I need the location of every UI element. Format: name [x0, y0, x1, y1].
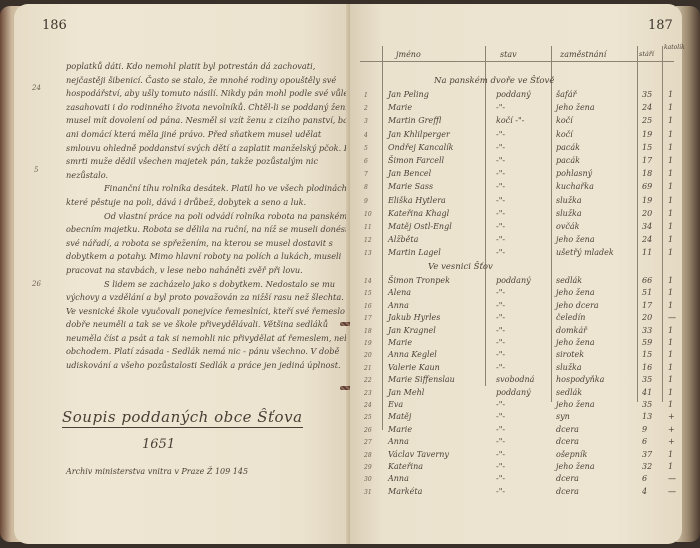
row-number: 2: [364, 105, 368, 112]
margin-number: 26: [32, 280, 41, 288]
row-number: 23: [364, 390, 372, 397]
social-status: -"-: [496, 182, 505, 191]
social-status: -"-: [496, 326, 505, 335]
row-number: 13: [364, 250, 372, 257]
table-row: 18 Jan Kragnel -"- domkář 33 1: [358, 326, 676, 339]
age: 69: [642, 182, 652, 191]
row-number: 15: [364, 290, 372, 297]
catholic-mark: 1: [668, 338, 673, 347]
row-number: 5: [364, 145, 368, 152]
person-name: Jakub Hyrles: [388, 313, 440, 322]
table-row: 24 Eva -"- jeho žena 35 1: [358, 400, 676, 413]
catholic-mark: +: [668, 437, 675, 446]
person-name: Valerie Kaun: [388, 363, 440, 372]
catholic-mark: 1: [668, 301, 673, 310]
age: 34: [642, 222, 652, 231]
table-row: 9 Eliška Hytlera -"- služka 19 1: [358, 196, 676, 209]
row-number: 1: [364, 92, 368, 99]
age: 20: [642, 209, 652, 218]
social-status: -"-: [496, 450, 505, 459]
catholic-mark: 1: [668, 400, 673, 409]
social-status: -"-: [496, 425, 505, 434]
row-number: 20: [364, 352, 372, 359]
paragraph: Od vlastní práce na poli odvádí rolníka …: [66, 210, 356, 278]
paragraph: Finanční tíhu rolníka desátek. Platil ho…: [66, 182, 356, 209]
table-row: 28 Václav Taverny -"- ošepník 37 1: [358, 450, 676, 463]
occupation: služka: [556, 363, 582, 372]
social-status: -"-: [496, 209, 505, 218]
occupation: ušetřý mladek: [556, 248, 614, 257]
social-status: svobodná: [496, 375, 534, 384]
row-number: 4: [364, 132, 368, 139]
person-name: Jan Khlilperger: [388, 130, 450, 139]
occupation: dcera: [556, 487, 579, 496]
occupation: pohlasný: [556, 169, 592, 178]
table-row: 23 Jan Mehl poddaný sedlák 41 1: [358, 388, 676, 401]
age: 15: [642, 350, 652, 359]
occupation: kočí: [556, 130, 573, 139]
row-number: 29: [364, 464, 372, 471]
catholic-mark: 1: [668, 169, 673, 178]
row-number: 18: [364, 328, 372, 335]
narrative-text: poplatků dáti. Kdo nemohl platit byl pot…: [66, 60, 356, 373]
table-row: 16 Anna -"- jeho dcera 17 1: [358, 301, 676, 314]
catholic-mark: 1: [668, 222, 673, 231]
social-status: -"-: [496, 301, 505, 310]
social-status: poddaný: [496, 388, 531, 397]
catholic-mark: 1: [668, 462, 673, 471]
catholic-mark: 1: [668, 90, 673, 99]
table-row: 2 Marie -"- jeho žena 24 1: [358, 103, 676, 116]
occupation: ošepník: [556, 450, 587, 459]
table-row: 4 Jan Khlilperger -"- kočí 19 1: [358, 130, 676, 143]
row-number: 21: [364, 365, 372, 372]
occupation: dcera: [556, 474, 579, 483]
row-number: 19: [364, 340, 372, 347]
table-row: 14 Šimon Tronpek poddaný sedlák 66 1: [358, 276, 676, 289]
age: 66: [642, 276, 652, 285]
person-name: Matěj Ostl-Engl: [388, 222, 452, 231]
person-name: Anna: [388, 474, 409, 483]
table-row: 29 Kateřina -"- jeho žena 32 1: [358, 462, 676, 475]
catholic-mark: —: [668, 487, 676, 496]
catholic-mark: 1: [668, 350, 673, 359]
margin-number: 24: [32, 84, 41, 92]
age: 9: [642, 425, 647, 434]
table-row: 5 Ondřej Kancalík -"- pacák 15 1: [358, 143, 676, 156]
person-name: Marie Siffenslau: [388, 375, 455, 384]
social-status: -"-: [496, 235, 505, 244]
table-row: 8 Marie Sass -"- kuchařka 69 1: [358, 182, 676, 195]
table-row: 3 Martin Greffl kočí -"- kočí 25 1: [358, 116, 676, 129]
table-row: 20 Anna Keglel -"- sirotek 15 1: [358, 350, 676, 363]
header-catholic: katolík: [664, 44, 678, 51]
occupation: sedlák: [556, 276, 582, 285]
section-title: Na panském dvoře ve Ŝťově: [434, 76, 554, 86]
social-status: -"-: [496, 350, 505, 359]
catholic-mark: 1: [668, 248, 673, 257]
social-status: -"-: [496, 487, 505, 496]
person-name: Eva: [388, 400, 403, 409]
social-status: kočí -"-: [496, 116, 524, 125]
table-row: 13 Martin Lagel -"- ušetřý mladek 11 1: [358, 248, 676, 261]
occupation: pacák: [556, 143, 580, 152]
social-status: -"-: [496, 313, 505, 322]
social-status: -"-: [496, 474, 505, 483]
occupation: dcera: [556, 425, 579, 434]
age: 33: [642, 326, 652, 335]
table-row: 10 Kateřina Khagl -"- služka 20 1: [358, 209, 676, 222]
occupation: jeho dcera: [556, 301, 599, 310]
row-number: 12: [364, 237, 372, 244]
catholic-mark: 1: [668, 130, 673, 139]
social-status: -"-: [496, 103, 505, 112]
occupation: sirotek: [556, 350, 584, 359]
age: 59: [642, 338, 652, 347]
social-status: -"-: [496, 338, 505, 347]
person-name: Václav Taverny: [388, 450, 449, 459]
social-status: -"-: [496, 363, 505, 372]
age: 25: [642, 116, 652, 125]
occupation: kočí: [556, 116, 573, 125]
catholic-mark: 1: [668, 235, 673, 244]
catholic-mark: 1: [668, 450, 673, 459]
age: 17: [642, 156, 652, 165]
person-name: Ondřej Kancalík: [388, 143, 454, 152]
age: 6: [642, 437, 647, 446]
catholic-mark: —: [668, 474, 676, 483]
section-title: Ve vesnici Ŝťov: [428, 262, 493, 272]
catholic-mark: 1: [668, 143, 673, 152]
row-number: 16: [364, 303, 372, 310]
person-name: Marie: [388, 338, 412, 347]
age: 24: [642, 103, 652, 112]
row-number: 27: [364, 439, 372, 446]
table-row: 11 Matěj Ostl-Engl -"- ovčák 34 1: [358, 222, 676, 235]
person-name: Anna: [388, 437, 409, 446]
open-ledger-book: 186 24 5 26 poplatků dáti. Kdo nemohl pl…: [0, 0, 700, 548]
table-row: 15 Alena -"- jeho žena 51 1: [358, 288, 676, 301]
person-name: Jan Mehl: [388, 388, 424, 397]
age: 24: [642, 235, 652, 244]
occupation: jeho žena: [556, 103, 595, 112]
person-name: Anna Keglel: [388, 350, 437, 359]
age: 51: [642, 288, 652, 297]
catholic-mark: 1: [668, 209, 673, 218]
table-row: 7 Jan Bencel -"- pohlasný 18 1: [358, 169, 676, 182]
age: 13: [642, 412, 652, 421]
occupation: služka: [556, 209, 582, 218]
row-number: 22: [364, 377, 372, 384]
age: 4: [642, 487, 647, 496]
person-name: Jan Bencel: [388, 169, 431, 178]
row-number: 30: [364, 476, 372, 483]
age: 35: [642, 375, 652, 384]
catholic-mark: —: [668, 313, 676, 322]
row-number: 28: [364, 452, 372, 459]
age: 19: [642, 130, 652, 139]
social-status: -"-: [496, 156, 505, 165]
person-name: Anna: [388, 301, 409, 310]
page-number-right: 187: [648, 18, 673, 33]
person-name: Matěj: [388, 412, 411, 421]
table-row: 25 Matěj -"- syn 13 +: [358, 412, 676, 425]
table-row: 17 Jakub Hyrles -"- čeledín 20 —: [358, 313, 676, 326]
table-row: 26 Marie -"- dcera 9 +: [358, 425, 676, 438]
person-name: Markéta: [388, 487, 422, 496]
census-table: jméno stav zaměstnání stáří katolík Na p…: [358, 50, 676, 450]
occupation: jeho žena: [556, 338, 595, 347]
header-name: jméno: [396, 50, 421, 59]
table-row: 27 Anna -"- dcera 6 +: [358, 437, 676, 450]
person-name: Marie: [388, 425, 412, 434]
occupation: pacák: [556, 156, 580, 165]
catholic-mark: 1: [668, 326, 673, 335]
header-status: stav: [500, 50, 517, 59]
page-number-left: 186: [42, 18, 67, 33]
row-number: 11: [364, 224, 372, 231]
catholic-mark: +: [668, 425, 675, 434]
social-status: -"-: [496, 222, 505, 231]
row-number: 31: [364, 489, 372, 496]
row-number: 7: [364, 171, 368, 178]
occupation: šafář: [556, 90, 576, 99]
occupation: domkář: [556, 326, 587, 335]
catholic-mark: 1: [668, 156, 673, 165]
person-name: Jan Peling: [388, 90, 429, 99]
social-status: poddaný: [496, 90, 531, 99]
occupation: jeho žena: [556, 288, 595, 297]
catholic-mark: 1: [668, 388, 673, 397]
age: 19: [642, 196, 652, 205]
age: 35: [642, 90, 652, 99]
social-status: -"-: [496, 130, 505, 139]
social-status: -"-: [496, 400, 505, 409]
social-status: -"-: [496, 288, 505, 297]
age: 11: [642, 248, 652, 257]
person-name: Eliška Hytlera: [388, 196, 446, 205]
social-status: -"-: [496, 437, 505, 446]
catholic-mark: 1: [668, 288, 673, 297]
person-name: Alena: [388, 288, 411, 297]
social-status: -"-: [496, 412, 505, 421]
person-name: Šimon Tronpek: [388, 276, 450, 285]
social-status: -"-: [496, 462, 505, 471]
catholic-mark: 1: [668, 363, 673, 372]
age: 6: [642, 474, 647, 483]
table-row: 21 Valerie Kaun -"- služka 16 1: [358, 363, 676, 376]
margin-number: 5: [34, 166, 38, 174]
header-occupation: zaměstnání: [560, 50, 606, 59]
occupation: jeho žena: [556, 462, 595, 471]
occupation: služka: [556, 196, 582, 205]
social-status: poddaný: [496, 276, 531, 285]
left-page: 186 24 5 26 poplatků dáti. Kdo nemohl pl…: [14, 4, 352, 544]
person-name: Šimon Farcell: [388, 156, 444, 165]
header-rule: [360, 61, 674, 62]
row-number: 25: [364, 414, 372, 421]
age: 20: [642, 313, 652, 322]
person-name: Kateřina: [388, 462, 423, 471]
header-age: stáří: [639, 50, 654, 58]
person-name: Jan Kragnel: [388, 326, 436, 335]
row-number: 14: [364, 278, 372, 285]
row-number: 6: [364, 158, 368, 165]
document-title: Soupis poddaných obce Ŝťova: [62, 408, 303, 428]
occupation: kuchařka: [556, 182, 594, 191]
age: 18: [642, 169, 652, 178]
person-name: Marie: [388, 103, 412, 112]
row-number: 8: [364, 184, 368, 191]
table-row: 19 Marie -"- jeho žena 59 1: [358, 338, 676, 351]
catholic-mark: 1: [668, 196, 673, 205]
paragraph: S lidem se zacházelo jako s dobytkem. Ne…: [66, 278, 356, 373]
person-name: Kateřina Khagl: [388, 209, 449, 218]
occupation: jeho žena: [556, 400, 595, 409]
catholic-mark: 1: [668, 116, 673, 125]
table-row: 6 Šimon Farcell -"- pacák 17 1: [358, 156, 676, 169]
row-number: 26: [364, 427, 372, 434]
social-status: -"-: [496, 169, 505, 178]
table-row: 31 Markéta -"- dcera 4 —: [358, 487, 676, 500]
age: 17: [642, 301, 652, 310]
occupation: jeho žena: [556, 235, 595, 244]
occupation: syn: [556, 412, 570, 421]
social-status: -"-: [496, 143, 505, 152]
occupation: sedlák: [556, 388, 582, 397]
occupation: dcera: [556, 437, 579, 446]
row-number: 3: [364, 118, 368, 125]
catholic-mark: +: [668, 412, 675, 421]
age: 35: [642, 400, 652, 409]
document-year: 1651: [142, 437, 175, 452]
occupation: čeledín: [556, 313, 585, 322]
row-number: 9: [364, 198, 368, 205]
person-name: Marie Sass: [388, 182, 433, 191]
person-name: Alžběta: [388, 235, 418, 244]
age: 41: [642, 388, 652, 397]
catholic-mark: 1: [668, 276, 673, 285]
row-number: 10: [364, 211, 372, 218]
catholic-mark: 1: [668, 375, 673, 384]
archive-source: Archiv ministerstva vnitra v Praze Ž 109…: [66, 467, 248, 476]
catholic-mark: 1: [668, 182, 673, 191]
age: 16: [642, 363, 652, 372]
table-row: 1 Jan Peling poddaný šafář 35 1: [358, 90, 676, 103]
row-number: 24: [364, 402, 372, 409]
person-name: Martin Lagel: [388, 248, 441, 257]
social-status: -"-: [496, 248, 505, 257]
table-row: 12 Alžběta -"- jeho žena 24 1: [358, 235, 676, 248]
occupation: ovčák: [556, 222, 579, 231]
table-row: 22 Marie Siffenslau svobodná hospodyňka …: [358, 375, 676, 388]
age: 15: [642, 143, 652, 152]
age: 37: [642, 450, 652, 459]
row-number: 17: [364, 315, 372, 322]
age: 32: [642, 462, 652, 471]
social-status: -"-: [496, 196, 505, 205]
catholic-mark: 1: [668, 103, 673, 112]
table-row: 30 Anna -"- dcera 6 —: [358, 474, 676, 487]
occupation: hospodyňka: [556, 375, 604, 384]
person-name: Martin Greffl: [388, 116, 441, 125]
paragraph: poplatků dáti. Kdo nemohl platit byl pot…: [66, 60, 356, 182]
